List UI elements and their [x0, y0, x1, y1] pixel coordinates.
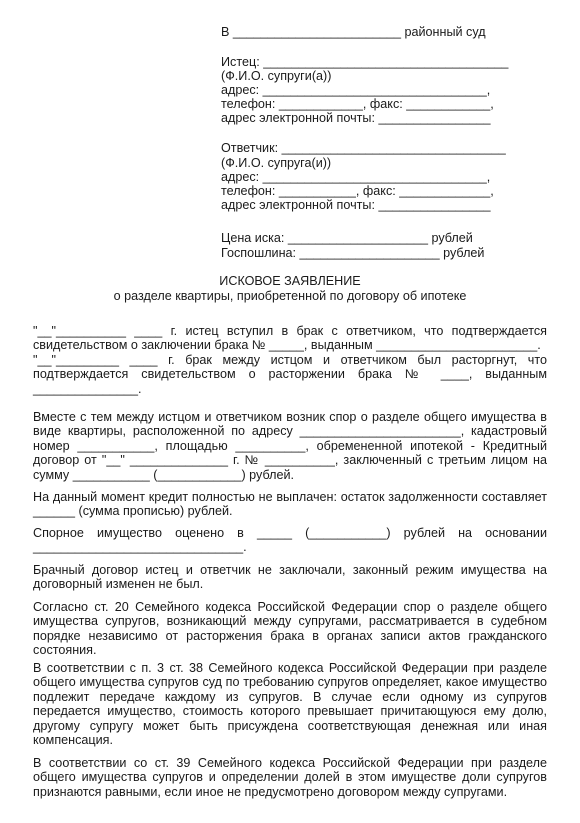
defendant-email: адрес электронной почты: _______________…	[221, 198, 491, 212]
plaintiff-phone-fax: телефон: ____________, факс: ___________…	[221, 97, 494, 111]
paragraph-marriage: "__"__________ ____ г. истец вступил в б…	[33, 324, 547, 353]
defendant-address: адрес: ________________________________,	[221, 170, 490, 184]
plaintiff-address: адрес: ________________________________,	[221, 83, 490, 97]
paragraph-loan-balance: На данный момент кредит полностью не вып…	[33, 490, 547, 519]
paragraph-divorce: "__"_________ ____ г. брак между истцом …	[33, 353, 547, 396]
court-line: В ________________________ районный суд	[221, 25, 486, 39]
defendant-name: Ответчик: ______________________________…	[221, 141, 506, 155]
paragraph-property-dispute: Вместе с тем между истцом и ответчиком в…	[33, 410, 547, 482]
plaintiff-fio-label: (Ф.И.О. супруги(а))	[221, 69, 331, 83]
plaintiff-name: Истец: _________________________________…	[221, 55, 508, 69]
defendant-phone-fax: телефон: ___________, факс: ____________…	[221, 184, 494, 198]
state-fee: Госпошлина: ____________________ рублей	[221, 246, 484, 260]
paragraph-article-38: В соответствии с п. 3 ст. 38 Семейного к…	[33, 661, 547, 747]
paragraph-valuation: Спорное имущество оценено в _____ (_____…	[33, 526, 547, 555]
plaintiff-email: адрес электронной почты: _______________…	[221, 111, 491, 125]
defendant-fio-label: (Ф.И.О. супруга(и))	[221, 156, 331, 170]
document-subtitle: о разделе квартиры, приобретенной по дог…	[0, 289, 580, 304]
paragraph-marriage-contract: Брачный договор истец и ответчик не закл…	[33, 563, 547, 592]
document-title: ИСКОВОЕ ЗАЯВЛЕНИЕ	[0, 274, 580, 289]
paragraph-article-39: В соответствии со ст. 39 Семейного кодек…	[33, 756, 547, 799]
paragraph-article-20: Согласно ст. 20 Семейного кодекса Россий…	[33, 600, 547, 658]
claim-price: Цена иска: ____________________ рублей	[221, 231, 473, 245]
